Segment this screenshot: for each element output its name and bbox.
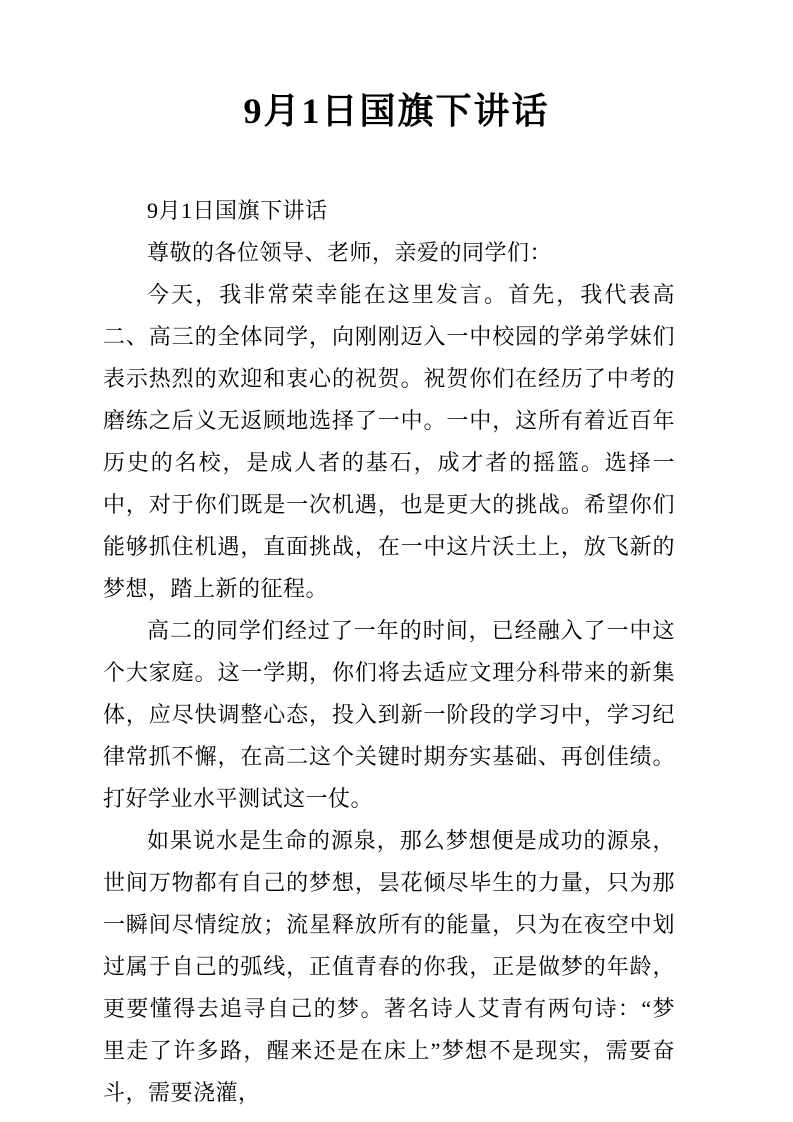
paragraph-dream: 如果说水是生命的源泉，那么梦想便是成功的源泉，世间万物都有自己的梦想，昙花倾尽毕… (103, 820, 675, 1114)
document-body: 9月1日国旗下讲话 尊敬的各位领导、老师，亲爱的同学们： 今天，我非常荣幸能在这… (103, 190, 675, 1114)
paragraph-grade2: 高二的同学们经过了一年的时间，已经融入了一中这个大家庭。这一学期，你们将去适应文… (103, 610, 675, 820)
paragraph-welcome: 今天，我非常荣幸能在这里发言。首先，我代表高二、高三的全体同学，向刚刚迈入一中校… (103, 274, 675, 610)
document-title: 9月1日国旗下讲话 (0, 88, 793, 134)
document-page: 9月1日国旗下讲话 9月1日国旗下讲话 尊敬的各位领导、老师，亲爱的同学们： 今… (0, 0, 793, 1122)
paragraph-title-line: 9月1日国旗下讲话 (103, 190, 675, 232)
paragraph-salutation: 尊敬的各位领导、老师，亲爱的同学们： (103, 232, 675, 274)
